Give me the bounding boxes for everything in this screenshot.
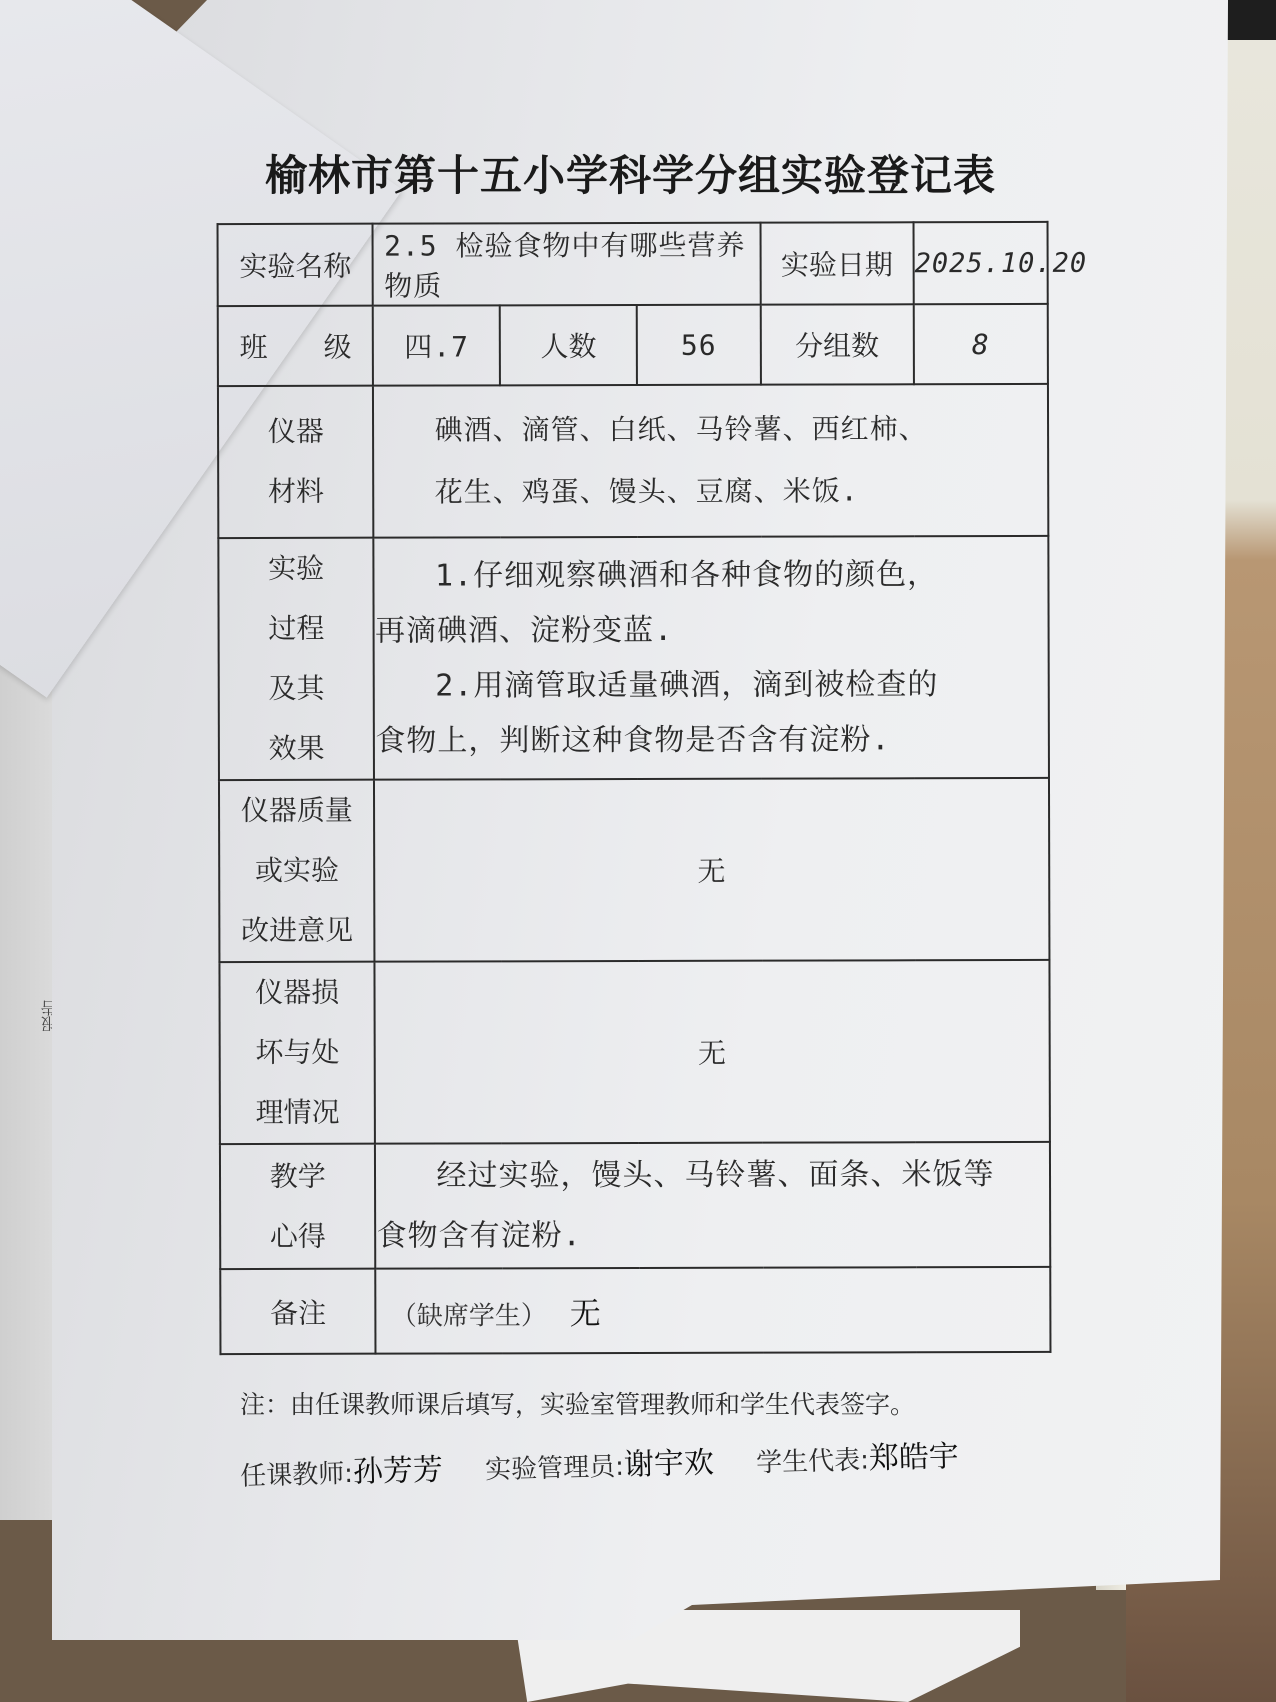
process-value: 1.仔细观察碘酒和各种食物的颜色， 再滴碘酒、淀粉变蓝. 2.用滴管取适量碘酒，… [374,536,1049,780]
reflection-line: 经过实验，馒头、马铃薯、面条、米饭等 [376,1144,1049,1206]
row-damage: 仪器损 坏与处 理情况 无 [219,960,1049,1144]
experiment-date-value: 2025.10.20 [913,222,1047,304]
absent-students-value: 无 [570,1296,602,1332]
row-materials: 仪器 材料 碘酒、滴管、白纸、马铃薯、西红柿、 花生、鸡蛋、馒头、豆腐、米饭. [218,384,1048,538]
remarks-value: （缺席学生） 无 [376,1267,1051,1354]
process-label-line: 实验 [219,539,373,599]
reflection-value: 经过实验，馒头、马铃薯、面条、米饭等 食物含有淀粉. [375,1142,1050,1269]
process-line: 再滴碘酒、淀粉变蓝. [375,602,1048,659]
lab-admin-label: 实验管理员: [485,1452,625,1486]
materials-label-line: 材料 [219,462,373,522]
experiment-registration-table: 实验名称 2.5 检验食物中有哪些营养物质 实验日期 2025.10.20 班 … [217,221,1052,1355]
damage-value: 无 [375,960,1050,1144]
materials-value: 碘酒、滴管、白纸、马铃薯、西红柿、 花生、鸡蛋、馒头、豆腐、米饭. [373,384,1048,538]
row-reflection: 教学 心得 经过实验，馒头、马铃薯、面条、米饭等 食物含有淀粉. [220,1142,1050,1269]
remarks-label: 备注 [220,1269,376,1354]
quality-label: 仪器质量 或实验 改进意见 [219,780,375,962]
teacher-signature: 孙芳芳 [352,1453,443,1490]
row-remarks: 备注 （缺席学生） 无 [220,1267,1050,1354]
reflection-line: 食物含有淀粉. [377,1204,1050,1266]
group-count-value: 8 [914,304,1048,384]
row-process: 实验 过程 及其 效果 1.仔细观察碘酒和各种食物的颜色， 再滴碘酒、淀粉变蓝.… [218,536,1049,780]
process-label-line: 效果 [220,719,374,779]
process-line: 2.用滴管取适量碘酒，滴到被检查的 [375,657,1048,714]
student-rep-signature: 郑皓宇 [868,1439,959,1476]
materials-line: 花生、鸡蛋、馒头、豆腐、米饭. [435,460,1048,524]
materials-label-line: 仪器 [219,402,373,462]
class-value: 四.7 [373,305,500,385]
materials-label: 仪器 材料 [218,386,374,538]
row-experiment-name: 实验名称 2.5 检验食物中有哪些营养物质 实验日期 2025.10.20 [218,222,1048,306]
damage-label-line: 理情况 [221,1083,375,1143]
student-rep-label: 学生代表: [756,1445,870,1478]
reflection-label-line: 教学 [221,1146,375,1206]
quality-label-line: 或实验 [220,841,374,901]
teacher-label: 任课教师: [240,1459,354,1492]
row-quality: 仪器质量 或实验 改进意见 无 [219,778,1049,962]
experiment-name-label: 实验名称 [218,224,374,306]
class-label: 班 级 [218,306,374,386]
materials-line: 碘酒、滴管、白纸、马铃薯、西红柿、 [434,398,1047,462]
process-label-line: 及其 [220,659,374,719]
quality-value: 无 [374,778,1049,962]
process-label-line: 过程 [220,599,374,659]
process-line: 1.仔细观察碘酒和各种食物的颜色， [375,547,1048,604]
process-line: 食物上，判断这种食物是否含有淀粉. [375,712,1048,769]
headcount-label: 人数 [500,305,637,385]
form-footnote: 注：由任课教师课后填写，实验室管理教师和学生代表签字。 [240,1385,915,1421]
damage-label-line: 坏与处 [221,1023,375,1083]
quality-label-line: 仪器质量 [220,781,374,841]
damage-label: 仪器损 坏与处 理情况 [219,962,375,1144]
row-class-info: 班 级 四.7 人数 56 分组数 8 [218,304,1048,386]
form-title: 榆林市第十五小学科学分组实验登记表 [265,143,1025,203]
headcount-value: 56 [637,305,761,385]
quality-label-line: 改进意见 [220,901,374,961]
absent-students-label: （缺席学生） [391,1301,547,1331]
group-count-label: 分组数 [760,304,914,384]
damage-label-line: 仪器损 [220,963,374,1023]
reflection-label: 教学 心得 [220,1144,376,1269]
lab-admin-signature: 谢宇欢 [623,1445,714,1482]
experiment-date-label: 实验日期 [760,222,914,304]
reflection-label-line: 心得 [221,1206,375,1266]
experiment-name-value: 2.5 检验食物中有哪些营养物质 [373,223,760,306]
process-label: 实验 过程 及其 效果 [218,538,374,780]
